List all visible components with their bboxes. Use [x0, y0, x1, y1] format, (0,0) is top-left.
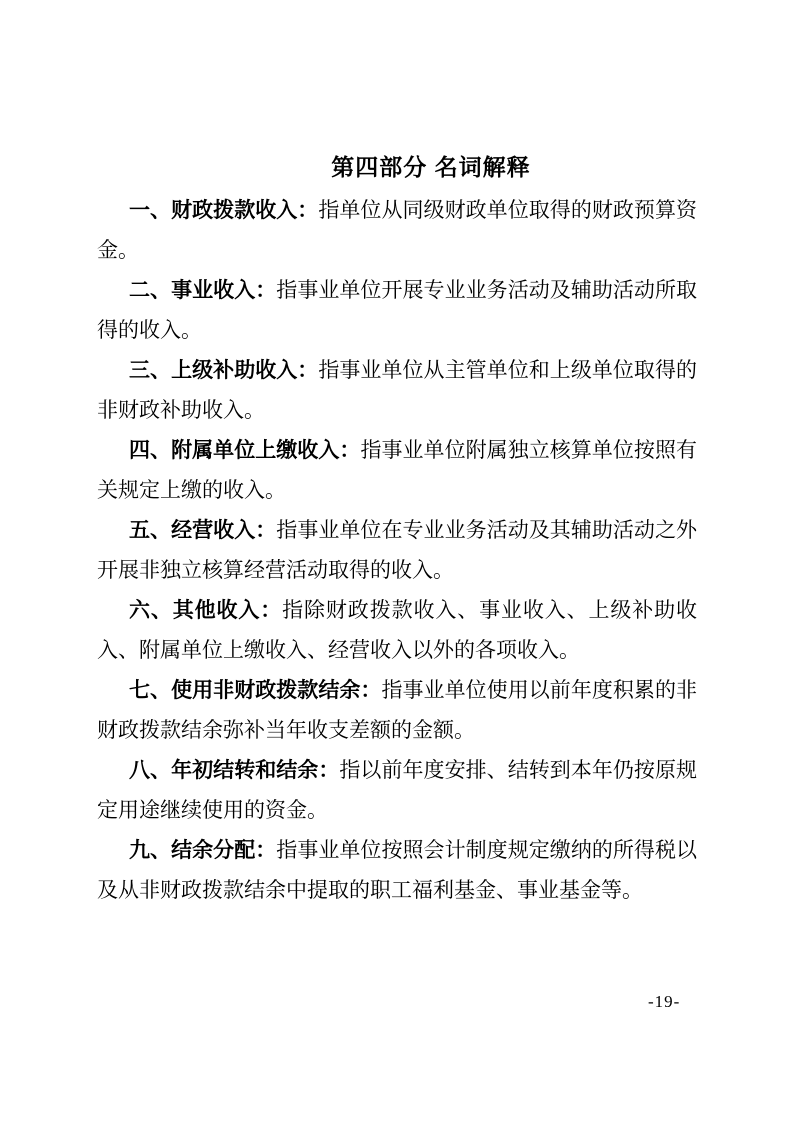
definition-term: 九、结余分配：	[129, 838, 276, 862]
definition-item: 八、年初结转和结余：指以前年度安排、结转到本年仍按原规定用途继续使用的资金。	[97, 750, 697, 830]
definition-item: 九、结余分配：指事业单位按照会计制度规定缴纳的所得税以及从非财政拨款结余中提取的…	[97, 830, 697, 910]
definition-item: 四、附属单位上缴收入：指事业单位附属独立核算单位按照有关规定上缴的收入。	[97, 430, 697, 510]
definition-term: 七、使用非财政拨款结余：	[129, 678, 381, 702]
definition-item: 三、上级补助收入：指事业单位从主管单位和上级单位取得的非财政补助收入。	[97, 350, 697, 430]
definition-term: 八、年初结转和结余：	[129, 758, 339, 782]
document-page: 第四部分 名词解释 一、财政拨款收入：指单位从同级财政单位取得的财政预算资金。 …	[0, 0, 793, 1122]
definition-term: 四、附属单位上缴收入：	[129, 438, 360, 462]
definition-term: 一、财政拨款收入：	[129, 198, 318, 222]
section-title: 第四部分 名词解释	[97, 150, 697, 184]
page-number: -19-	[648, 993, 680, 1011]
definition-item: 二、事业收入：指事业单位开展专业业务活动及辅助活动所取得的收入。	[97, 270, 697, 350]
definition-term: 三、上级补助收入：	[129, 358, 318, 382]
definition-term: 六、其他收入：	[129, 598, 282, 622]
definition-item: 五、经营收入：指事业单位在专业业务活动及其辅助活动之外开展非独立核算经营活动取得…	[97, 510, 697, 590]
definition-item: 七、使用非财政拨款结余：指事业单位使用以前年度积累的非财政拨款结余弥补当年收支差…	[97, 670, 697, 750]
definition-term: 五、经营收入：	[129, 518, 276, 542]
definitions-list: 一、财政拨款收入：指单位从同级财政单位取得的财政预算资金。 二、事业收入：指事业…	[97, 190, 697, 910]
definition-term: 二、事业收入：	[129, 278, 276, 302]
definition-item: 一、财政拨款收入：指单位从同级财政单位取得的财政预算资金。	[97, 190, 697, 270]
definition-item: 六、其他收入：指除财政拨款收入、事业收入、上级补助收入、附属单位上缴收入、经营收…	[97, 590, 697, 670]
